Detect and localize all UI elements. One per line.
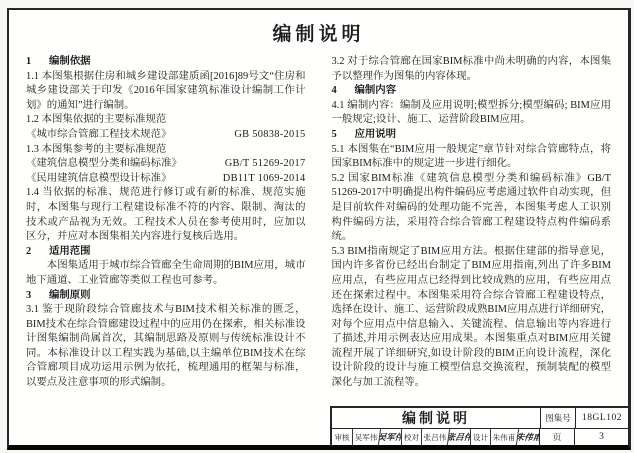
section-heading: 5应用说明 (332, 128, 612, 143)
section-heading: 3编制原则 (26, 289, 306, 304)
atlas-number-value: 18GL102 (575, 408, 628, 428)
title-block: 编制说明 图集号 18GL102 审核 吴军伟 吴军伟 校对 张吕伟 张吕伟 设… (330, 406, 628, 445)
section-number: 4 (332, 84, 340, 99)
section-title: 编制内容 (355, 85, 397, 96)
standard-reference-line: 《城市综合管廊工程技术规范》GB 50838-2015 (26, 128, 306, 143)
section-number: 1 (26, 55, 34, 70)
paragraph: 1.4 当依据的标准、规范进行修订或有新的标准、规范实施时，本图集与现行工程建设… (26, 186, 306, 244)
design-signature: 朱伟甫 (516, 429, 540, 445)
paragraph: 4.1 编制内容：编制及应用说明;模型拆分;模型编码; BIM应用一般规定;设计… (332, 99, 612, 128)
section-title: 应用说明 (355, 129, 397, 140)
section-heading: 4编制内容 (332, 84, 612, 99)
paragraph: 5.3 BIM指南规定了BIM应用方法。根据住建部的指导意见，国内许多省份已经出… (332, 245, 612, 391)
review-name: 吴军伟 (352, 429, 379, 445)
right-column: 3.2 对于综合管廊在国家BIM标准中尚未明确的内容，本图集予以整理作为图集的内… (332, 55, 612, 391)
standard-reference-line: 《民用建筑信息模型设计标准》DB11T 1069-2014 (26, 172, 306, 187)
atlas-number-label: 图集号 (540, 408, 575, 428)
paragraph: 1.1 本图集根据住房和城乡建设部建质函[2016]89号文“住房和城乡建设部关… (26, 70, 306, 114)
proofread-signature: 张吕伟 (447, 429, 471, 445)
section-title: 适用范围 (49, 246, 91, 257)
section-number: 3 (26, 289, 34, 304)
paragraph: 1.3 本图集参考的主要标准规范 (26, 143, 306, 158)
standard-name: 《城市综合管廊工程技术规范》 (26, 128, 171, 143)
design-name: 朱伟甫 (490, 429, 517, 445)
review-signature: 吴军伟 (378, 429, 402, 445)
page-number-value: 3 (574, 429, 628, 445)
page-title: 编制说明 (9, 19, 628, 46)
paragraph: 5.1 本图集在“BIM应用一般规定”章节针对综合管廊特点，将国家BIM标准中的… (332, 143, 612, 172)
section-number: 2 (26, 245, 34, 260)
standard-code: GB/T 51269-2017 (225, 157, 306, 172)
review-label: 审核 (332, 429, 352, 445)
title-block-title: 编制说明 (332, 408, 540, 428)
section-number: 5 (332, 128, 340, 143)
proofread-label: 校对 (401, 429, 421, 445)
title-block-top-row: 编制说明 图集号 18GL102 (332, 408, 628, 429)
paragraph: 5.2 国家BIM标准《建筑信息模型分类和编码标准》GB/T 51269-201… (332, 172, 612, 245)
section-title: 编制原则 (49, 290, 91, 301)
paragraph: 1.2 本图集依据的主要标准规范 (26, 113, 306, 128)
page-number-label: 页 (539, 429, 574, 445)
text-columns: 1编制依据1.1 本图集根据住房和城乡建设部建质函[2016]89号文“住房和城… (9, 46, 628, 391)
paragraph: 3.1 鉴于现阶段综合管廊技术与BIM技术相关标准的匮乏，BIM技术在综合管廊建… (26, 303, 306, 391)
paragraph: 3.2 对于综合管廊在国家BIM标准中尚未明确的内容，本图集予以整理作为图集的内… (332, 55, 612, 84)
standard-reference-line: 《建筑信息模型分类和编码标准》GB/T 51269-2017 (26, 157, 306, 172)
title-block-bottom-row: 审核 吴军伟 吴军伟 校对 张吕伟 张吕伟 设计 朱伟甫 朱伟甫 页 3 (332, 429, 628, 445)
proofread-name: 张吕伟 (421, 429, 448, 445)
document-page: 编制说明 1编制依据1.1 本图集根据住房和城乡建设部建质函[2016]89号文… (7, 8, 631, 450)
left-column: 1编制依据1.1 本图集根据住房和城乡建设部建质函[2016]89号文“住房和城… (26, 55, 306, 391)
section-title: 编制依据 (49, 56, 91, 67)
section-heading: 2适用范围 (26, 245, 306, 260)
standard-name: 《民用建筑信息模型设计标准》 (26, 172, 171, 187)
standard-name: 《建筑信息模型分类和编码标准》 (26, 157, 182, 172)
design-label: 设计 (470, 429, 490, 445)
section-heading: 1编制依据 (26, 55, 306, 70)
paragraph: 本图集适用于城市综合管廊全生命周期的BIM应用，城市地下通道、工业管廊等类似工程… (26, 259, 306, 288)
standard-code: DB11T 1069-2014 (223, 172, 306, 187)
standard-code: GB 50838-2015 (234, 128, 305, 143)
